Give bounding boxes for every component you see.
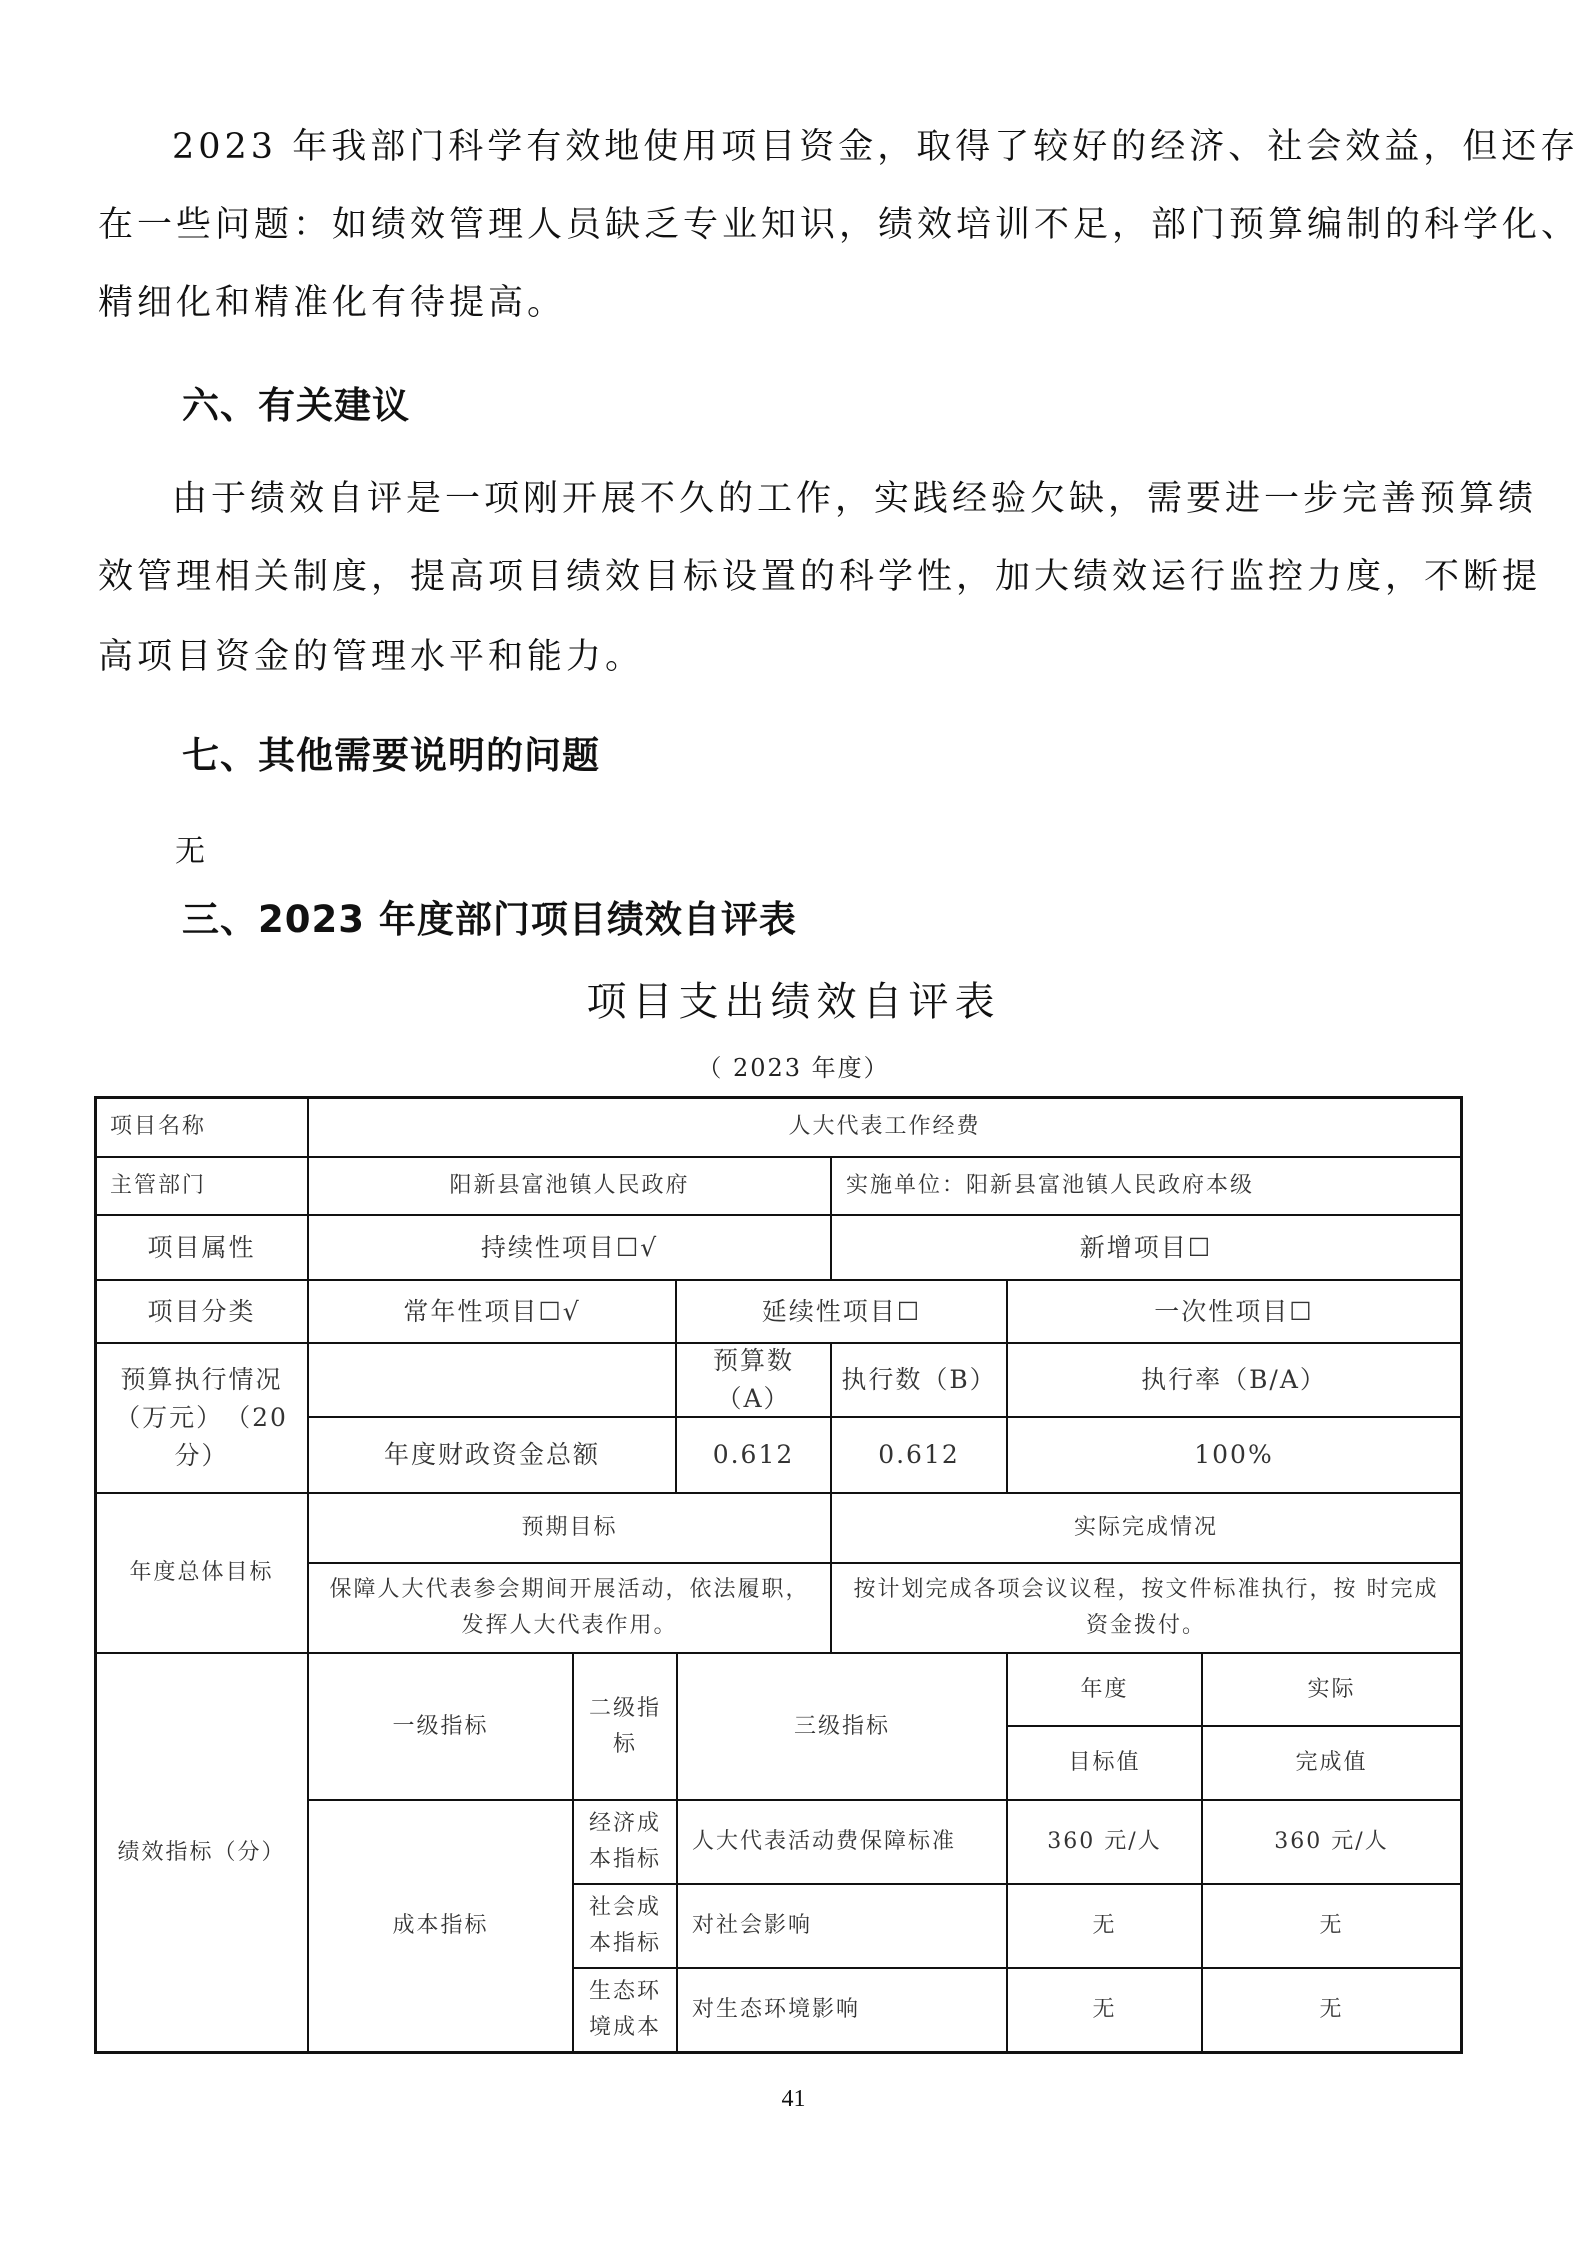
- budget-rate-value: 100%: [1008, 1418, 1460, 1492]
- budget-b-value: 0.612: [832, 1418, 1006, 1492]
- dept-value: 阳新县富池镇人民政府: [309, 1158, 830, 1214]
- attr-label: 项目属性: [96, 1216, 307, 1279]
- perf-row-level3: 对生态环境影响: [678, 1969, 1006, 2051]
- budget-row-label: 年度财政资金总额: [309, 1418, 675, 1492]
- goal-actual-text: 按计划完成各项会议议程，按文件标准执行，按 时完成资金拨付。: [832, 1564, 1460, 1652]
- perf-row-level3: 人大代表活动费保障标准: [678, 1801, 1006, 1883]
- performance-table: 项目名称 人大代表工作经费 主管部门 阳新县富池镇人民政府 实施单位：阳新县富池…: [0, 0, 1587, 2245]
- perf-header-target-bottom: 目标值: [1008, 1727, 1201, 1799]
- project-name-value: 人大代表工作经费: [309, 1098, 1460, 1156]
- table-border-right: [1460, 1096, 1463, 2054]
- perf-level1-cost: 成本指标: [309, 1801, 572, 2051]
- page-number: 41: [0, 2086, 1587, 2113]
- goal-label: 年度总体目标: [96, 1494, 307, 1652]
- perf-row-target: 360 元/人: [1008, 1801, 1201, 1883]
- cat-extended-checkbox: 延续性项目☐: [677, 1281, 1006, 1342]
- perf-header-level2: 二级指标: [574, 1654, 676, 1799]
- project-name-label: 项目名称: [96, 1098, 307, 1156]
- goal-expected-header: 预期目标: [309, 1494, 830, 1562]
- perf-header-level3: 三级指标: [678, 1654, 1006, 1799]
- perf-row-actual: 无: [1203, 1885, 1460, 1967]
- budget-a-value: 0.612: [677, 1418, 830, 1492]
- budget-header-rate: 执行率（B/A）: [1008, 1344, 1460, 1416]
- budget-header-a: 预算数（A）: [677, 1344, 830, 1416]
- perf-header-level1: 一级指标: [309, 1654, 572, 1799]
- goal-actual-header: 实际完成情况: [832, 1494, 1460, 1562]
- perf-row-actual: 360 元/人: [1203, 1801, 1460, 1883]
- budget-label: 预算执行情况（万元） （20分）: [96, 1344, 307, 1492]
- perf-label: 绩效指标（分）: [96, 1654, 307, 2051]
- perf-row-level2: 生态环境成本: [574, 1969, 676, 2051]
- impl-unit-value: 实施单位：阳新县富池镇人民政府本级: [832, 1158, 1460, 1214]
- attr-continuous-checkbox: 持续性项目☐√: [309, 1216, 830, 1279]
- perf-row-level2: 经济成本指标: [574, 1801, 676, 1883]
- perf-row-actual: 无: [1203, 1969, 1460, 2051]
- attr-new-checkbox: 新增项目☐: [832, 1216, 1460, 1279]
- perf-row-target: 无: [1008, 1885, 1201, 1967]
- cat-regular-checkbox: 常年性项目☐√: [309, 1281, 675, 1342]
- perf-header-actual-top: 实际: [1203, 1654, 1460, 1725]
- perf-header-actual-bottom: 完成值: [1203, 1727, 1460, 1799]
- dept-label: 主管部门: [96, 1158, 307, 1214]
- budget-header-b: 执行数（B）: [832, 1344, 1006, 1416]
- perf-header-target-top: 年度: [1008, 1654, 1201, 1725]
- table-border-bottom: [94, 2051, 1463, 2054]
- perf-row-target: 无: [1008, 1969, 1201, 2051]
- category-label: 项目分类: [96, 1281, 307, 1342]
- cat-onetime-checkbox: 一次性项目☐: [1008, 1281, 1460, 1342]
- goal-expected-text: 保障人大代表参会期间开展活动，依法履职，发挥人大代表作用。: [309, 1564, 830, 1652]
- perf-row-level3: 对社会影响: [678, 1885, 1006, 1967]
- perf-row-level2: 社会成本指标: [574, 1885, 676, 1967]
